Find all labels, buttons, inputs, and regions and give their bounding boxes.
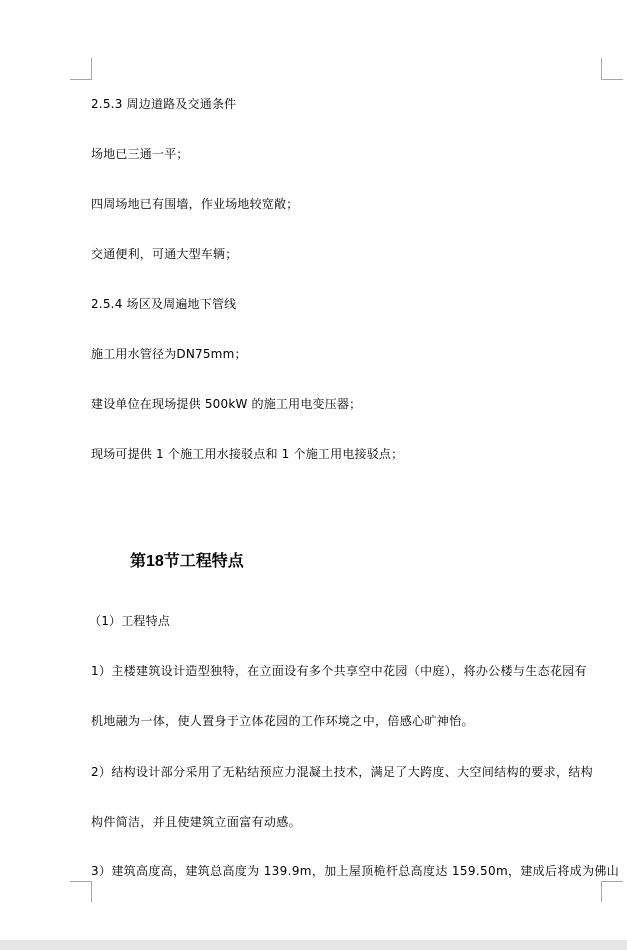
body-text-line: 四周场地已有围墙，作业场地较宽敞； (91, 197, 298, 211)
section-heading: 第18节工程特点 (130, 552, 244, 572)
paragraph-line: 3）建筑高度高，建筑总高度为 139.9m，加上屋顶桅杆总高度达 159.50m… (91, 864, 603, 878)
paragraph-line: 2）结构设计部分采用了无粘结预应力混凝土技术，满足了大跨度、大空间结构的要求，结… (91, 765, 603, 779)
body-text-line: 场地已三通一平； (91, 147, 189, 161)
paragraph-line: 构件简洁，并且使建筑立面富有动感。 (91, 815, 603, 829)
document-page: 2.5.3 周边道路及交通条件 场地已三通一平； 四周场地已有围墙，作业场地较宽… (0, 0, 627, 940)
paragraph-line: 机地融为一体，使人置身于立体花园的工作环境之中，倍感心旷神怡。 (91, 714, 603, 728)
subsection-heading-2-5-4: 2.5.4 场区及周遍地下管线 (91, 297, 236, 311)
body-text-line: 现场可提供 1 个施工用水接驳点和 1 个施工用电接驳点； (91, 447, 403, 461)
body-text-line: 施工用水管径为DN75mm； (91, 347, 247, 361)
body-text-line: 交通便利，可通大型车辆； (91, 247, 237, 261)
paragraph-line: 1）主楼建筑设计造型独特，在立面设有多个共享空中花园（中庭），将办公楼与生态花园… (91, 664, 603, 678)
page-gap-bar (0, 940, 627, 950)
body-text-line: 建设单位在现场提供 500kW 的施工用电变压器； (91, 397, 361, 411)
subheading: （1）工程特点 (89, 614, 170, 628)
subsection-heading-2-5-3: 2.5.3 周边道路及交通条件 (91, 97, 236, 111)
